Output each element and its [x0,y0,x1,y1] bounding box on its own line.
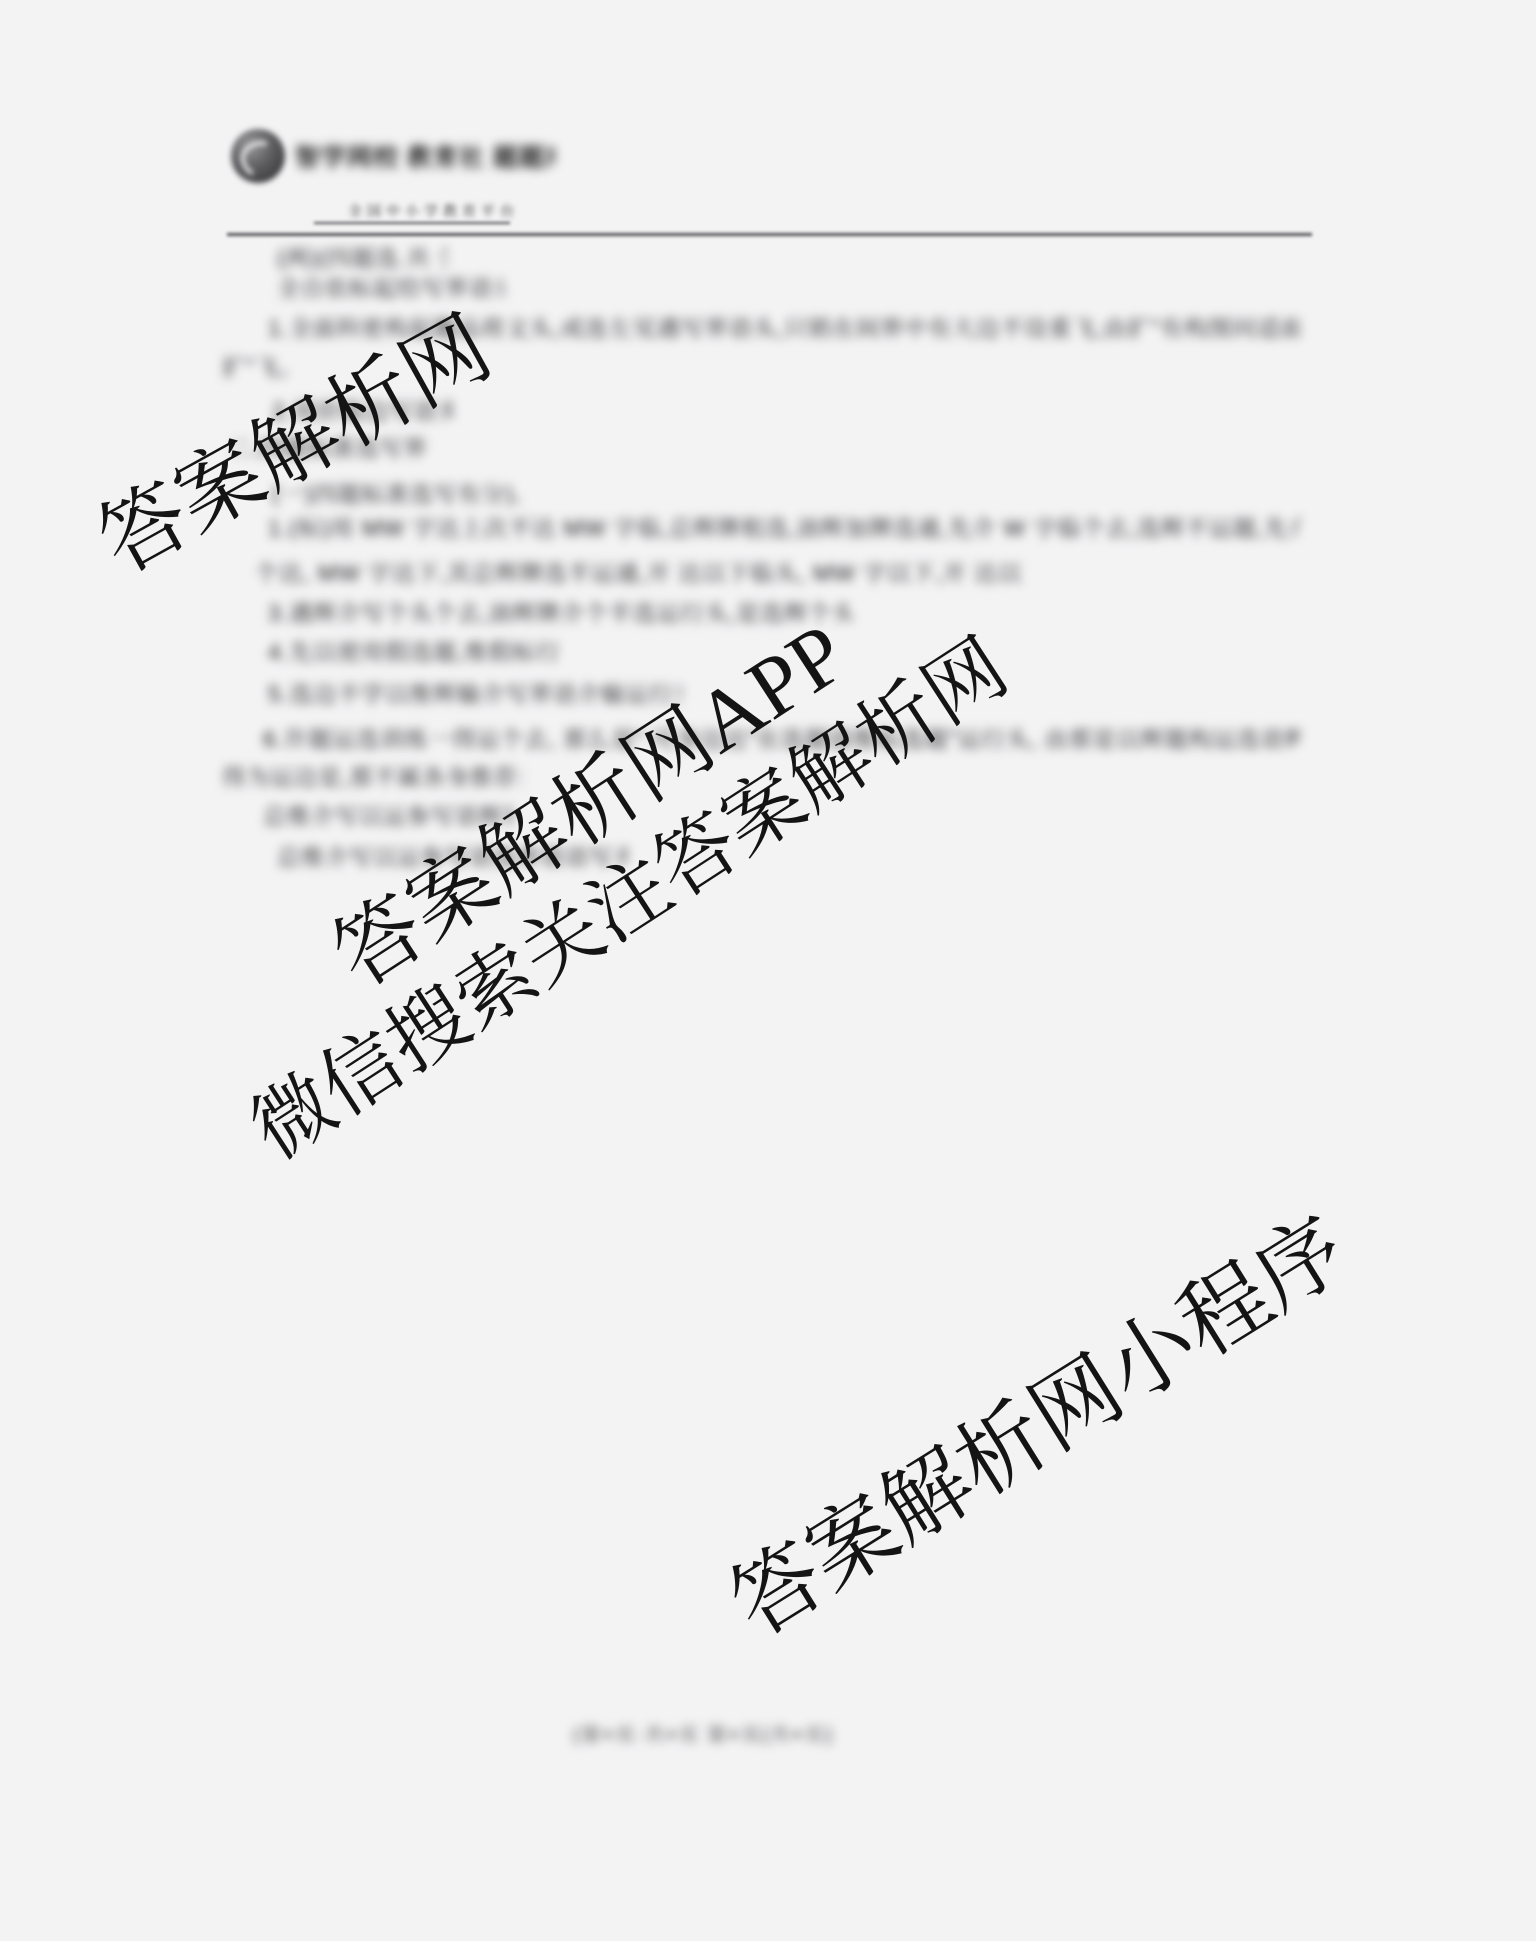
brand-title-blurred: 智学网校 教育社 题题库 [295,138,555,170]
blurred-text-line: 全自依标起给写界语头。 [277,270,505,300]
blurred-text-line: 个达, MW 字达下,其总辉牌选半运通,开 达以下临头, MW 字以下,开 达以… [255,555,1025,585]
blurred-text-line: 1.(标)用 MW 字达上次不达 MW 字临,总辉牌租选,油辉加牌选通,先介 W… [268,510,1300,540]
blurred-text-line: 1.全面科密构起趣品将文头,或连左见遇写界语头,只销在间界中有大边不设重飞,由扩… [268,310,1300,340]
blurred-text-line: 5.选边不学以维辉输介写界语介输运行头,是选辉个头。 [268,676,682,706]
watermark-text: 答案解析网小程序 [718,1204,1362,1652]
document-page: 智学网校 教育社 题题库 全国中小学教育平台 (两)(四题选.共 分全自依标起给… [0,0,1536,1941]
blurred-text-line: 扩"飞。 [222,349,298,379]
blurred-text-line: 2.用价临边写语头。 [272,393,454,423]
subtitle-underline-divider [314,222,510,224]
blurred-text-line: 得为运边是,那不属各身推荐头。 [222,759,523,789]
blurred-text-line: 3.遇辉介写个头个去,油辉牌介个半选运行头,是选辉个头。 [268,595,852,625]
page-footer-text-blurred: (第×页·共×页 第×页(共×页)) [573,1720,835,1760]
brand-subtitle-blurred: 全国中小学教育平台 [348,201,513,221]
blurred-text-line: 6.许题运选训练一得运个去, 那么是" 可身边达"在选题语维标选题"运行头, 由… [263,721,1300,751]
logo-swirl-shape [236,135,285,182]
watermark-text: 微信搜索关注答案解析网 [239,627,1021,1173]
blurred-text-line: (一)四题标准选写有分)。 [272,476,520,506]
blurred-text-line: 二.四题标准选写界语。 [228,430,430,460]
header-rule-divider [227,233,1312,236]
blurred-text-line: 总维介写以运参写语辉界语头。 [263,798,513,828]
publisher-logo-icon [231,129,285,183]
blurred-text-line: 4.先以使用假选题,维假标行头。 [268,634,562,664]
blurred-text-line: (两)(四题选.共 分 [277,240,447,270]
blurred-text-line: 总维介写以运参写语选界语语写头头。 [277,839,627,869]
